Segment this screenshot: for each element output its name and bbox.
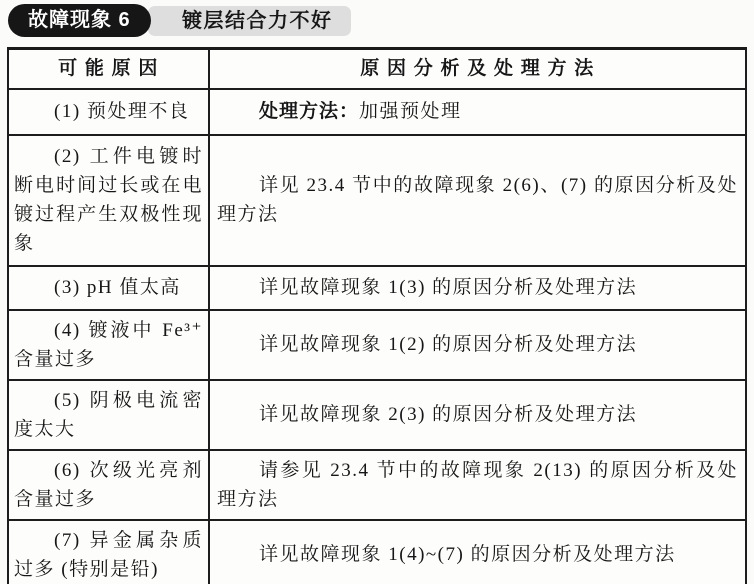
table-row: (4) 镀液中 Fe³⁺含量过多详见故障现象 1(2) 的原因分析及处理方法 [8, 310, 746, 380]
cause-cell: (3) pH 值太高 [8, 266, 209, 310]
table-row: (3) pH 值太高详见故障现象 1(3) 的原因分析及处理方法 [8, 266, 746, 310]
fault-title-label: 镀层结合力不好 [182, 10, 333, 32]
header-row: 可 能 原 因原 因 分 析 及 处 理 方 法 [8, 49, 746, 89]
analysis-cell: 详见故障现象 1(2) 的原因分析及处理方法 [209, 310, 746, 380]
fault-table-body: (1) 预处理不良处理方法：加强预处理(2) 工件电镀时断电时间过长或在电镀过程… [8, 89, 746, 584]
fault-number-badge: 故障现象 6 [8, 4, 151, 37]
table-row: (1) 预处理不良处理方法：加强预处理 [8, 89, 746, 135]
analysis-cell: 详见故障现象 1(4)~(7) 的原因分析及处理方法 [209, 520, 746, 584]
analysis-cell: 请参见 23.4 节中的故障现象 2(13) 的原因分析及处理方法 [209, 450, 746, 520]
fault-title-badge: 镀层结合力不好 [148, 6, 351, 36]
analysis-cell: 详见故障现象 2(3) 的原因分析及处理方法 [209, 380, 746, 450]
fault-table-head: 可 能 原 因原 因 分 析 及 处 理 方 法 [8, 49, 746, 89]
cause-cell: (2) 工件电镀时断电时间过长或在电镀过程产生双极性现象 [8, 135, 209, 266]
fault-number-label: 故障现象 6 [28, 9, 131, 31]
table-row: (5) 阴极电流密度太大详见故障现象 2(3) 的原因分析及处理方法 [8, 380, 746, 450]
analysis-cell: 处理方法：加强预处理 [209, 89, 746, 135]
fault-table: 可 能 原 因原 因 分 析 及 处 理 方 法 (1) 预处理不良处理方法：加… [7, 47, 747, 584]
cause-cell: (6) 次级光亮剂含量过多 [8, 450, 209, 520]
table-row: (7) 异金属杂质过多 (特别是铅)详见故障现象 1(4)~(7) 的原因分析及… [8, 520, 746, 584]
cause-cell: (5) 阴极电流密度太大 [8, 380, 209, 450]
table-row: (2) 工件电镀时断电时间过长或在电镀过程产生双极性现象详见 23.4 节中的故… [8, 135, 746, 266]
section-header: 故障现象 6 镀层结合力不好 [0, 0, 754, 46]
analysis-cell: 详见故障现象 1(3) 的原因分析及处理方法 [209, 266, 746, 310]
analysis-bold-label: 处理方法： [259, 101, 359, 122]
column-header-cause: 可 能 原 因 [8, 49, 209, 89]
cause-cell: (7) 异金属杂质过多 (特别是铅) [8, 520, 209, 584]
column-header-analysis: 原 因 分 析 及 处 理 方 法 [209, 49, 746, 89]
table-row: (6) 次级光亮剂含量过多请参见 23.4 节中的故障现象 2(13) 的原因分… [8, 450, 746, 520]
cause-cell: (4) 镀液中 Fe³⁺含量过多 [8, 310, 209, 380]
cause-cell: (1) 预处理不良 [8, 89, 209, 135]
document-page: 故障现象 6 镀层结合力不好 可 能 原 因原 因 分 析 及 处 理 方 法 … [0, 0, 754, 584]
fault-table-container: 可 能 原 因原 因 分 析 及 处 理 方 法 (1) 预处理不良处理方法：加… [7, 47, 747, 584]
analysis-cell: 详见 23.4 节中的故障现象 2(6)、(7) 的原因分析及处理方法 [209, 135, 746, 266]
